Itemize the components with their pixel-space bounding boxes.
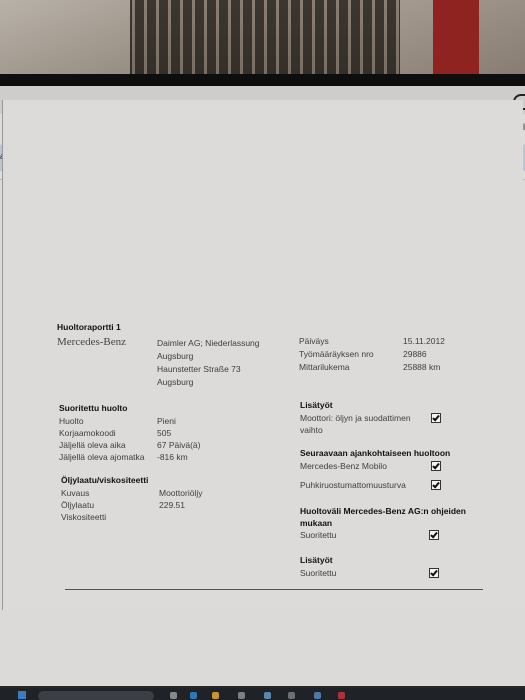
row-label: Huolto bbox=[59, 416, 84, 426]
item-label: Suoritettu bbox=[300, 568, 336, 578]
app-icon[interactable] bbox=[314, 692, 321, 699]
row-value: Moottoriöljy bbox=[159, 488, 202, 498]
app-icon[interactable] bbox=[264, 692, 271, 699]
report-title: Huoltoraportti 1 bbox=[57, 322, 121, 332]
divider bbox=[65, 589, 483, 590]
dealer-line: Augsburg bbox=[157, 377, 193, 387]
dealer-line: Daimler AG; Niederlassung bbox=[157, 338, 260, 348]
edge-icon[interactable] bbox=[190, 692, 197, 699]
dealer-line: Augsburg bbox=[157, 351, 193, 361]
taskbar-search[interactable] bbox=[38, 691, 154, 700]
row-label: Jäljellä oleva ajomatka bbox=[59, 452, 145, 462]
meta-value: 25888 km bbox=[403, 362, 440, 372]
checkbox-rust-warranty[interactable] bbox=[431, 480, 441, 490]
background-wall bbox=[0, 0, 130, 82]
meta-value: 29886 bbox=[403, 349, 427, 359]
row-label: Kuvaus bbox=[61, 488, 89, 498]
section-heading: Lisätyöt bbox=[300, 400, 333, 410]
document-page bbox=[2, 100, 523, 610]
row-value: -816 km bbox=[157, 452, 188, 462]
dealer-line: Haunstetter Straße 73 bbox=[157, 364, 241, 374]
section-heading: Lisätyöt bbox=[300, 555, 333, 565]
row-label: Öljylaatu bbox=[61, 500, 94, 510]
background-red-pillar bbox=[433, 0, 479, 76]
checkbox-extra-work-done[interactable] bbox=[429, 568, 439, 578]
section-heading: Öljylaatu/viskositeetti bbox=[61, 475, 148, 485]
meta-label: Päiväys bbox=[299, 336, 329, 346]
meta-label: Työmääräyksen nro bbox=[299, 349, 374, 359]
meta-label: Mittarilukema bbox=[299, 362, 350, 372]
checkbox-oil-filter-change[interactable] bbox=[431, 413, 441, 423]
item-label: Suoritettu bbox=[300, 530, 336, 540]
checkbox-mobilo[interactable] bbox=[431, 461, 441, 471]
section-heading: Huoltoväli Mercedes-Benz AG:n ohjeiden bbox=[300, 506, 466, 516]
row-value: 67 Päivä(ä) bbox=[157, 440, 200, 450]
section-heading: Suoritettu huolto bbox=[59, 403, 127, 413]
app-icon[interactable] bbox=[338, 692, 345, 699]
app-icon[interactable] bbox=[238, 692, 245, 699]
meta-value: 15.11.2012 bbox=[403, 336, 445, 346]
row-label: Jäljellä oleva aika bbox=[59, 440, 126, 450]
row-label: Korjaamokoodi bbox=[59, 428, 116, 438]
taskbar bbox=[0, 688, 525, 700]
item-label: Mercedes-Benz Mobilo bbox=[300, 461, 387, 471]
app-icon[interactable] bbox=[288, 692, 295, 699]
item-label: Puhkiruostumattomuusturva bbox=[300, 480, 406, 490]
item-label: Moottori: öljyn ja suodattimen bbox=[300, 413, 411, 423]
row-label: Viskositeetti bbox=[61, 512, 106, 522]
row-value: 505 bbox=[157, 428, 171, 438]
checkbox-interval-done[interactable] bbox=[429, 530, 439, 540]
section-heading: mukaan bbox=[300, 518, 332, 528]
taskview-icon[interactable] bbox=[170, 692, 177, 699]
row-value: 229.51 bbox=[159, 500, 185, 510]
brand-logo-text: Mercedes-Benz bbox=[57, 336, 126, 348]
explorer-icon[interactable] bbox=[212, 692, 219, 699]
start-icon[interactable] bbox=[18, 691, 26, 699]
item-label: vaihto bbox=[300, 425, 323, 435]
section-heading: Seuraavaan ajankohtaiseen huoltoon bbox=[300, 448, 450, 458]
row-value: Pieni bbox=[157, 416, 176, 426]
